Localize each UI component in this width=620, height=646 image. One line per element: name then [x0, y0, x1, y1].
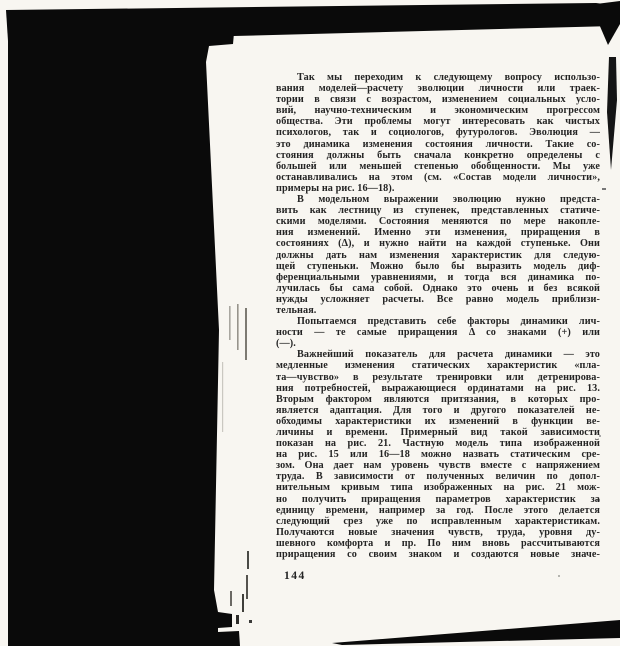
scanner-left-mass — [8, 33, 240, 646]
text-line: обходимы характеристики их изменений в ф… — [276, 416, 600, 427]
text-line: общества. Эти проблемы могут интересоват… — [276, 116, 600, 127]
text-line: Важнейший показатель для расчета динамик… — [276, 349, 600, 360]
text-line: шевного комфорта и пр. По ним вновь расс… — [276, 538, 600, 549]
paragraph: Важнейший показатель для расчета динамик… — [276, 349, 600, 560]
text-line: труда. В зависимости от полученных велич… — [276, 471, 600, 482]
text-line: нужды усложняет расчеты. Все равно модел… — [276, 294, 600, 305]
text-line: вий, научно-техническим и экономическим … — [276, 105, 600, 116]
text-line: но получить приращения параметров характ… — [276, 494, 600, 505]
text-line: вить как лестницу из ступенек, представл… — [276, 205, 600, 216]
text-line: ности — те самые приращения Δ со знаками… — [276, 327, 600, 338]
paragraph: В модельном выражении эволюцию нужно пре… — [276, 194, 600, 316]
text-line: большей или меньшей степенью обобщенност… — [276, 161, 600, 172]
text-line: следующий срез уже по исправленным харак… — [276, 516, 600, 527]
page-stack-marks-bottom — [230, 551, 252, 624]
text-line: показан на рис. 21. Частную модель типа … — [276, 438, 600, 449]
text-line: В модельном выражении эволюцию нужно пре… — [276, 194, 600, 205]
text-line: та—чувство» в результате тренировки или … — [276, 372, 600, 383]
text-line: (—). — [276, 338, 600, 349]
page-stack-marks-middle — [222, 304, 247, 432]
text-block: Так мы переходим к следующему вопросу ис… — [276, 72, 600, 560]
text-line: ференциальными уравнениями, и тогда вся … — [276, 272, 600, 283]
text-line: стояния должны быть сначала конкретно оп… — [276, 150, 600, 161]
text-line: является адаптация. Для того и другого п… — [276, 405, 600, 416]
text-line: это динамика изменения состояния личност… — [276, 139, 600, 150]
scanned-book-page: Так мы переходим к следующему вопросу ис… — [0, 0, 620, 646]
paragraph: Так мы переходим к следующему вопросу ис… — [276, 72, 600, 194]
text-line: должны дать нам изменения характеристик … — [276, 250, 600, 261]
text-line: нительным кривым типа изображенных на ри… — [276, 482, 600, 493]
text-line: тории в связи с возрастом, изменением со… — [276, 94, 600, 105]
text-line: Получаются новые значения чувств, труда,… — [276, 527, 600, 538]
text-line: вания моделей—расчету эволюции личности … — [276, 83, 600, 94]
text-line: личины и времени. Примерный вид такой за… — [276, 427, 600, 438]
text-line: Вторым фактором являются притязания, в к… — [276, 394, 600, 405]
scanner-bottom-wedge — [332, 620, 620, 645]
text-line: скими моделями. Состояния меняются по ме… — [276, 216, 600, 227]
text-line: ния изменений. Именно эти изменения, при… — [276, 227, 600, 238]
text-line: лучилась бы сама собой. Однако это очень… — [276, 283, 600, 294]
text-line: приращения со своим знаком и создаются н… — [276, 549, 600, 560]
text-line: психологов, так и социологов, футуролого… — [276, 127, 600, 138]
page-edge-shadow — [607, 57, 617, 170]
text-line: единицу времени, например за год. После … — [276, 505, 600, 516]
text-line: медленные изменения статических характер… — [276, 360, 600, 371]
text-line: ния потребностей, выражающиеся ординатам… — [276, 383, 600, 394]
text-line: щей ступеньки. Можно было бы выразить мо… — [276, 261, 600, 272]
text-line: Так мы переходим к следующему вопросу ис… — [276, 72, 600, 83]
text-line: состояниях (Δ), и нужно найти на каждой … — [276, 238, 600, 249]
text-line: останавливались на этом (см. «Состав мод… — [276, 172, 600, 183]
text-line: зом. Она дает нам уровень чувств вместе … — [276, 460, 600, 471]
text-line: Попытаемся представить себе факторы дина… — [276, 316, 600, 327]
paragraph: Попытаемся представить себе факторы дина… — [276, 316, 600, 349]
page-number: 144 — [284, 570, 306, 582]
text-line: примеры на рис. 16—18). — [276, 183, 600, 194]
text-line: на рис. 15 или 16—18 можно назвать стати… — [276, 449, 600, 460]
text-line: тельная. — [276, 305, 600, 316]
